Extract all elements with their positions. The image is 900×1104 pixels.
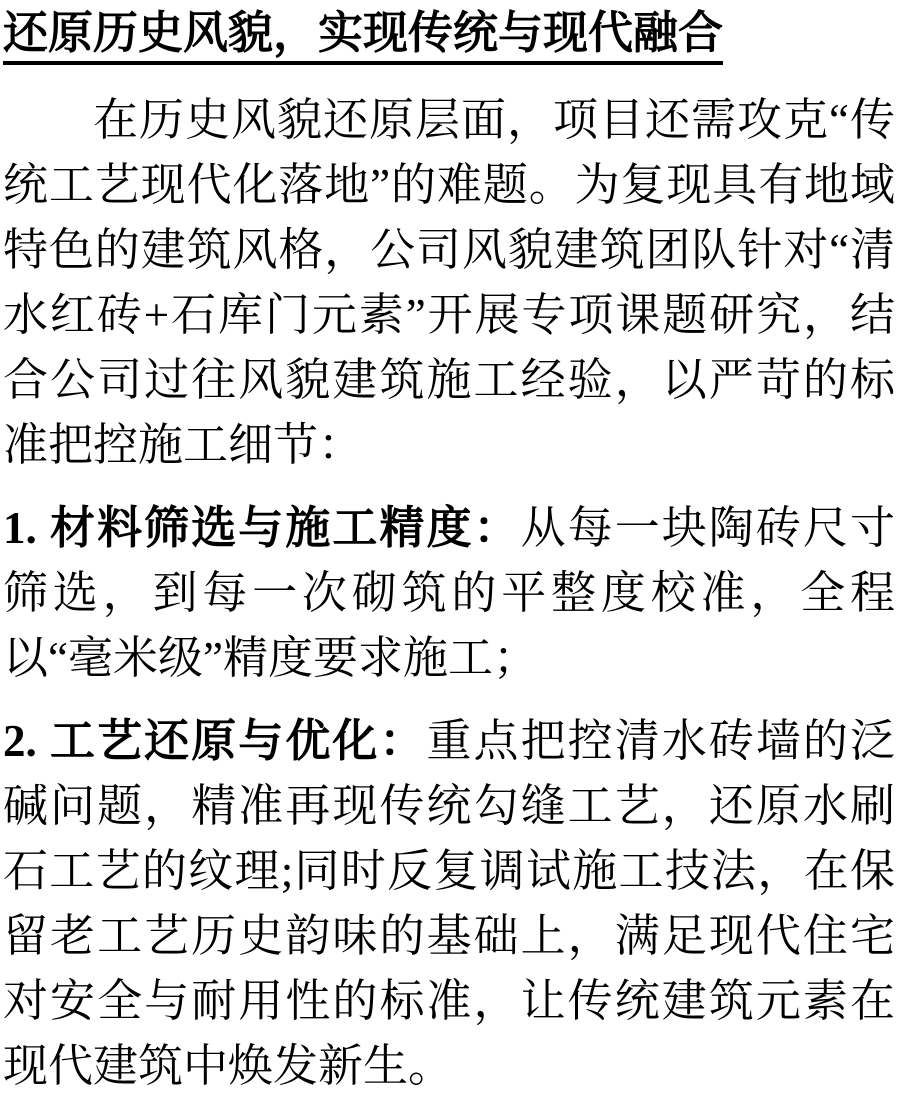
list-item-2-heading: 2. 工艺还原与优化： [3, 716, 427, 766]
list-item-1-heading: 1. 材料筛选与施工精度： [3, 503, 521, 553]
list-item-2-body: 重点把控清水砖墙的泛碱问题，精准再现传统勾缝工艺，还原水刷石工艺的纹理;同时反复… [3, 716, 895, 1091]
list-item-2: 2. 工艺还原与优化：重点把控清水砖墙的泛碱问题，精准再现传统勾缝工艺，还原水刷… [3, 709, 895, 1099]
page-title-text: 还原历史风貌，实现传统与现代融合 [3, 7, 723, 65]
list-item-1: 1. 材料筛选与施工精度：从每一块陶砖尺寸筛选，到每一次砌筑的平整度校准，全程以… [3, 496, 895, 691]
intro-paragraph: 在历史风貌还原层面，项目还需攻克“传统工艺现代化落地”的难题。为复现具有地域特色… [3, 88, 895, 478]
document-page: 还原历史风貌，实现传统与现代融合 在历史风貌还原层面，项目还需攻克“传统工艺现代… [0, 0, 900, 1104]
page-title: 还原历史风貌，实现传统与现代融合 [3, 6, 895, 60]
